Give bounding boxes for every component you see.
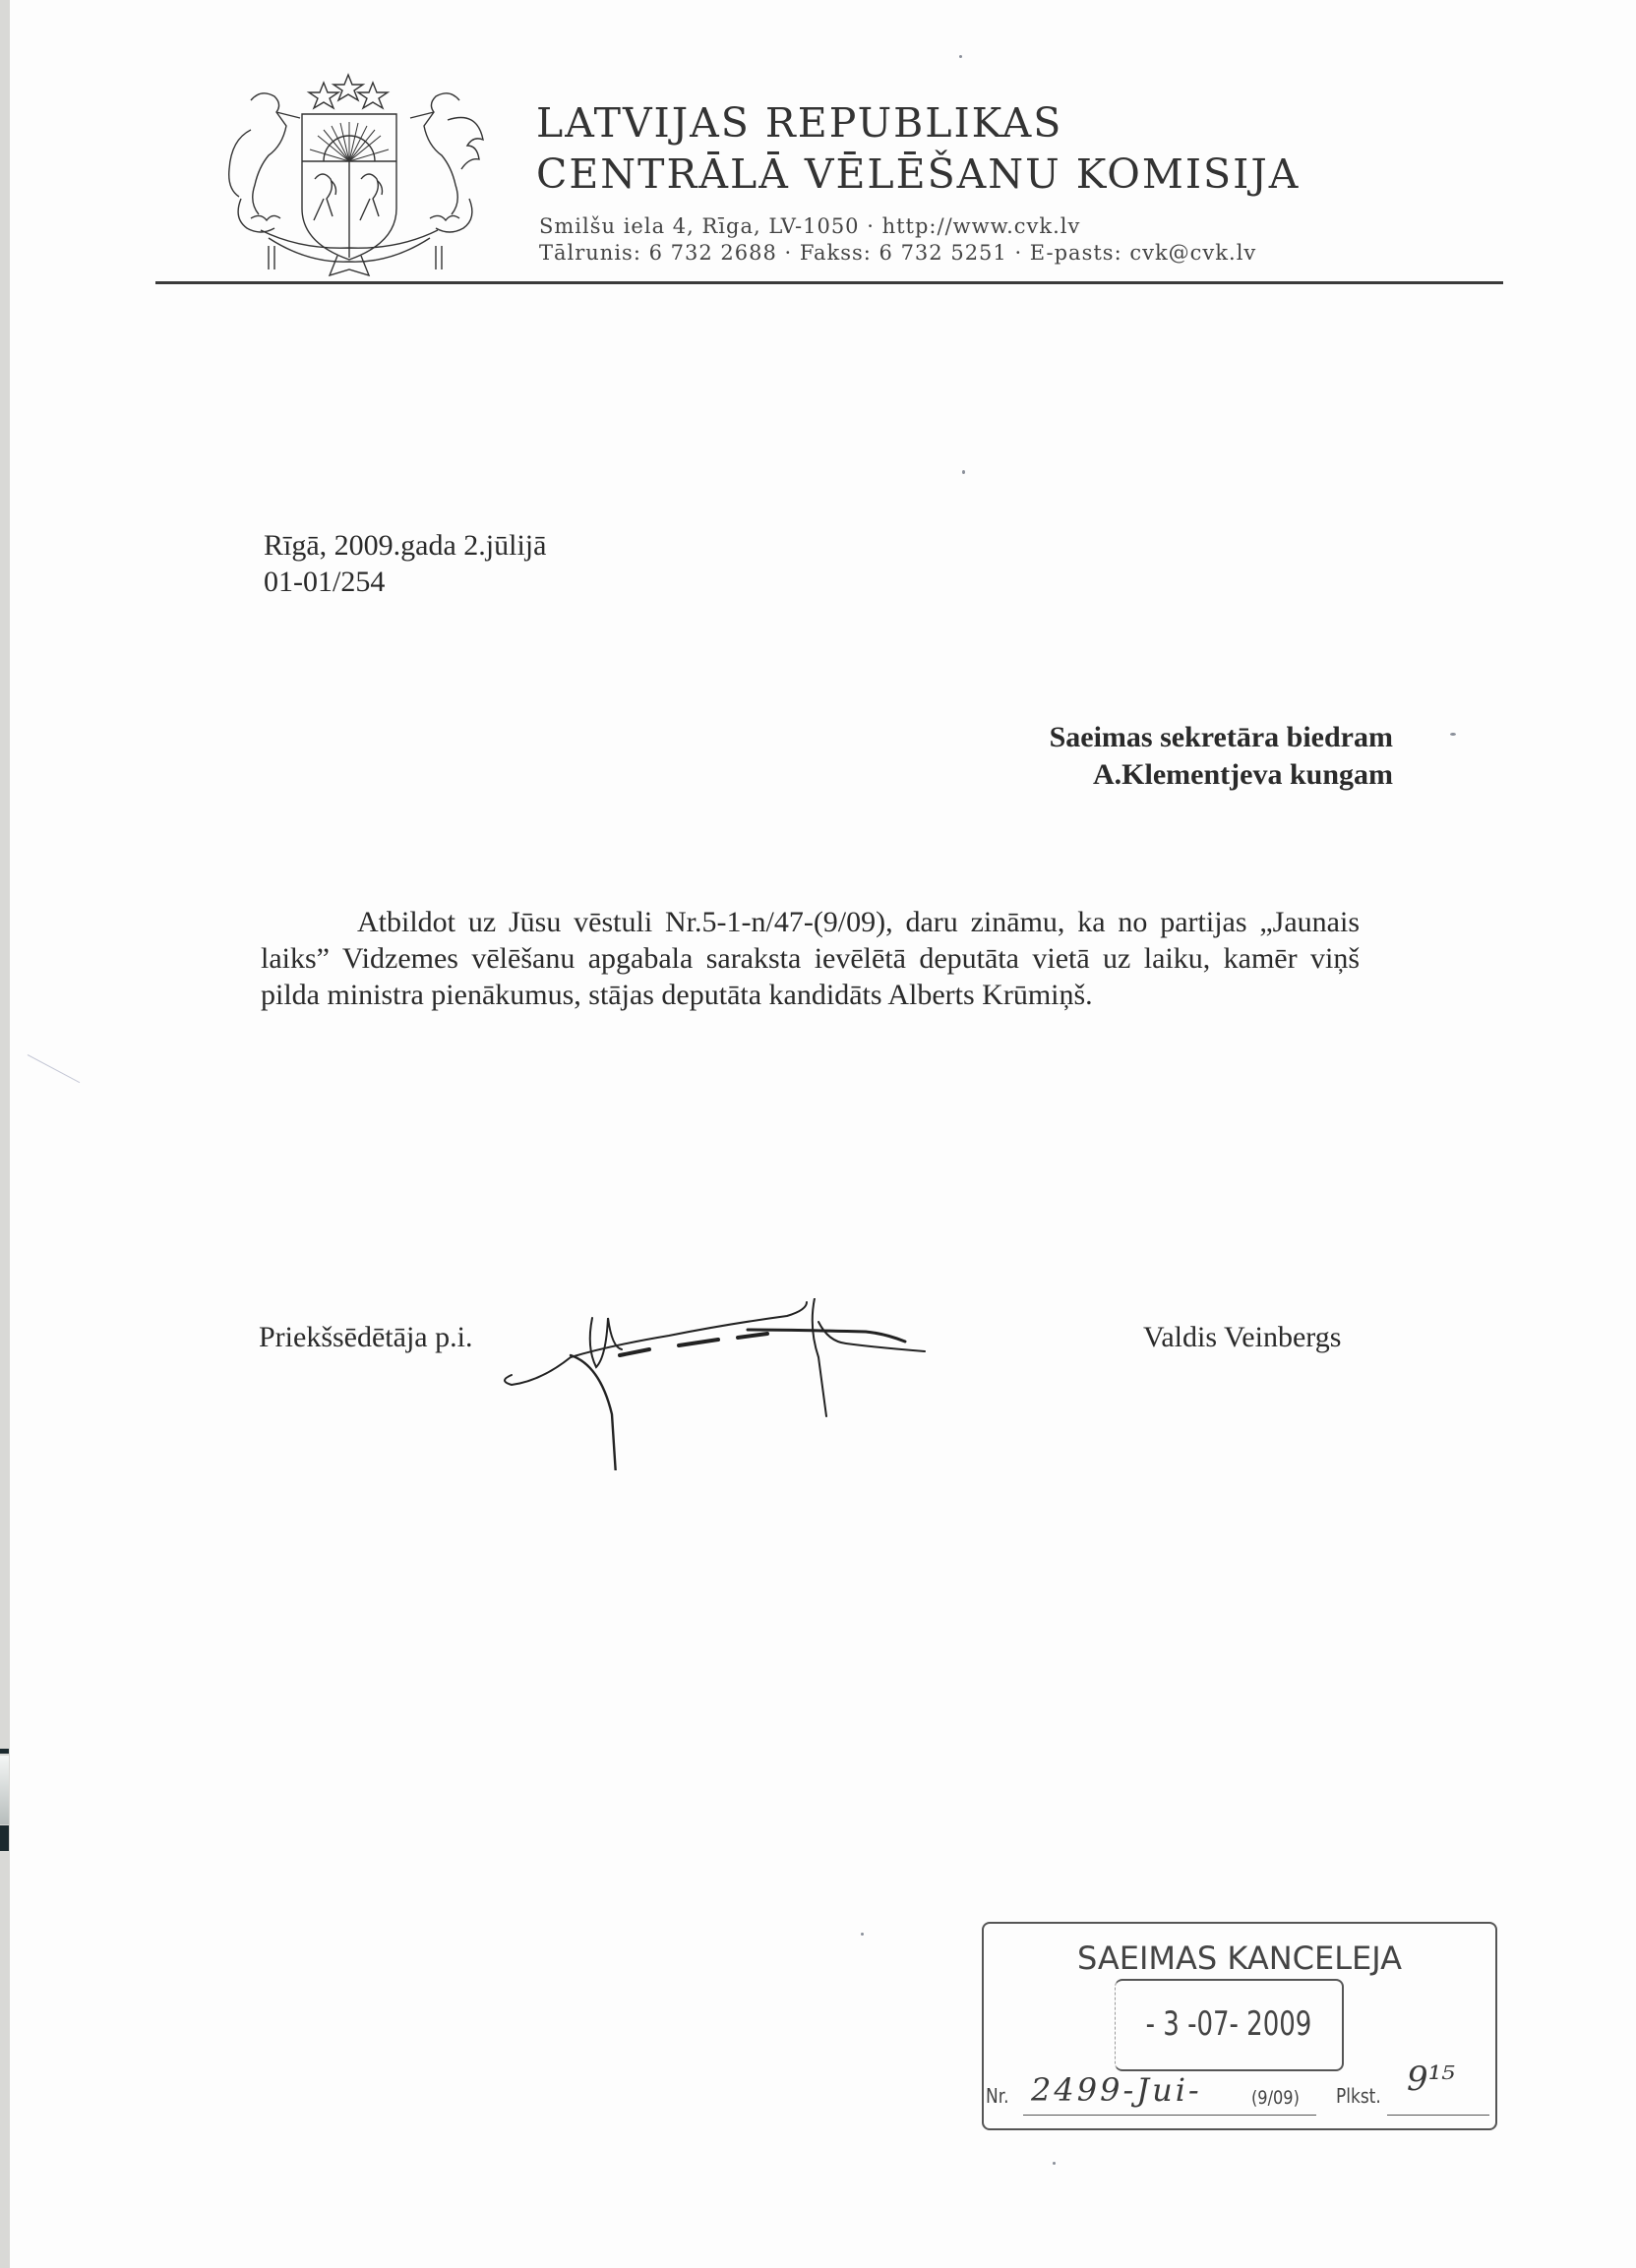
stamp-time-underline [1387, 2115, 1489, 2116]
place-date: Rīgā, 2009.gada 2.jūlijā [264, 527, 546, 564]
stamp-time-label: Plkst. [1336, 2084, 1381, 2108]
stamp-nr-suffix: (9/09) [1251, 2087, 1300, 2109]
scan-edge [0, 0, 10, 2268]
signatory-name: Valdis Veinbergs [1143, 1321, 1341, 1354]
stamp-date-box: - 3 -07- 2009 [1115, 1979, 1344, 2071]
stamp-time-handwritten: 9¹⁵ [1407, 2059, 1455, 2099]
letterhead-contacts: Tālrunis: 6 732 2688 · Fakss: 6 732 5251… [539, 241, 1256, 265]
registration-stamp: SAEIMAS KANCELEJA - 3 -07- 2009 Nr. 2499… [982, 1922, 1497, 2130]
stamp-title: SAEIMAS KANCELEJA [984, 1940, 1495, 1977]
letterhead-divider [155, 281, 1503, 284]
scan-speck [1450, 733, 1456, 736]
signatory-role: Priekšsēdētāja p.i. [259, 1321, 472, 1354]
letterhead-address: Smilšu iela 4, Rīga, LV-1050 · http://ww… [539, 214, 1080, 238]
stamp-date: - 3 -07- 2009 [1132, 2004, 1325, 2044]
coat-of-arms-icon [221, 71, 489, 277]
stamp-nr-handwritten: 2499-Jui- [1031, 2071, 1202, 2109]
scan-edge-mark [0, 1749, 9, 1754]
handwritten-signature-icon [502, 1298, 1013, 1470]
stamp-nr-underline [1023, 2115, 1316, 2116]
addressee-line2: A.Klementjeva kungam [1050, 756, 1393, 794]
stamp-nr-label: Nr. [986, 2084, 1009, 2108]
scan-artifact [28, 1054, 80, 1083]
scan-speck [861, 1933, 864, 1936]
reference-number: 01-01/254 [264, 564, 546, 600]
letterhead-title-line2: CENTRĀLĀ VĒLĒŠANU KOMISIJA [536, 150, 1300, 198]
addressee-block: Saeimas sekretāra biedram A.Klementjeva … [1050, 719, 1393, 794]
addressee-line1: Saeimas sekretāra biedram [1050, 719, 1393, 756]
letterhead-title-line1: LATVIJAS REPUBLIKAS [536, 99, 1062, 147]
scan-edge-mark [0, 1825, 9, 1851]
scan-speck [962, 470, 965, 474]
scan-edge-highlight [0, 1756, 9, 1824]
scan-speck [959, 55, 962, 58]
letter-body: Atbildot uz Jūsu vēstuli Nr.5-1-n/47-(9/… [261, 904, 1360, 1013]
date-reference-block: Rīgā, 2009.gada 2.jūlijā 01-01/254 [264, 527, 546, 600]
scan-speck [1053, 2162, 1056, 2165]
